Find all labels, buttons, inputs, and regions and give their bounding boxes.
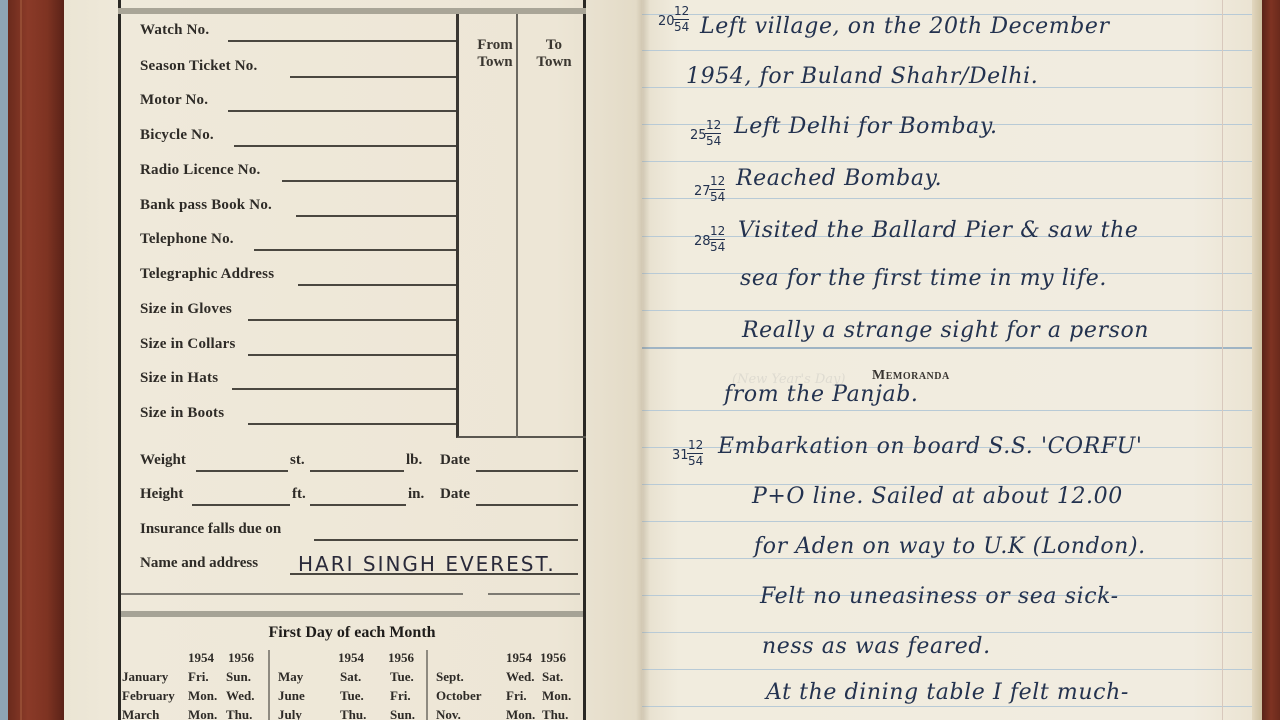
entry-text-line: from the Panjab. — [724, 382, 919, 407]
calendar-separator — [426, 650, 428, 720]
field-insurance: Insurance falls due on — [140, 521, 281, 538]
field-season-ticket-line[interactable] — [290, 76, 456, 78]
entry-text-line: for Aden on way to U.K (London). — [754, 534, 1146, 559]
entry-text-line: Reached Bombay. — [736, 166, 942, 191]
entry-text-line: 1954, for Buland Shahr/Delhi. — [686, 64, 1038, 89]
ruled-line — [642, 632, 1252, 633]
entry-text-line: Left Delhi for Bombay. — [734, 114, 998, 139]
field-motor-no-line[interactable] — [228, 110, 456, 112]
margin-line — [1222, 0, 1223, 720]
field-bank-pass-book-line[interactable] — [296, 215, 456, 217]
field-size-boots: Size in Boots — [140, 405, 224, 422]
entry-date-31-12-54: 31 12 54 — [672, 438, 706, 472]
entry-text-line: sea for the first time in my life. — [740, 266, 1107, 291]
entry-text-line: Left village, on the 20th December — [700, 14, 1110, 39]
height-ft-unit: ft. — [292, 486, 306, 503]
entry-date-20-12-54: 20 12 54 — [658, 4, 692, 38]
field-telegraphic-address: Telegraphic Address — [140, 266, 274, 283]
field-radio-licence-line[interactable] — [282, 180, 456, 182]
calendar-column-1: JanuaryFri.Sun. FebruaryMon.Wed. MarchMo… — [122, 667, 255, 720]
ruled-line — [642, 706, 1252, 707]
height-date-label: Date — [440, 486, 470, 503]
field-size-hats: Size in Hats — [140, 370, 218, 387]
town-column-divider — [516, 14, 518, 438]
book-cover-right — [1262, 0, 1280, 720]
season-ticket-town-table — [456, 14, 586, 438]
calendar-separator — [268, 650, 270, 720]
page-edges — [1252, 0, 1262, 720]
to-town-header: To Town — [528, 37, 580, 71]
field-motor-no: Motor No. — [140, 92, 208, 109]
height-date-line[interactable] — [476, 504, 578, 506]
ruled-line — [642, 50, 1252, 51]
book-gutter — [636, 0, 650, 720]
weight-st-unit: st. — [290, 452, 305, 469]
height-in-unit: in. — [408, 486, 424, 503]
field-bicycle-no-line[interactable] — [234, 145, 456, 147]
weight-date-label: Date — [440, 452, 470, 469]
calendar-col1-years: 19541956 — [188, 648, 254, 667]
entry-text-line: At the dining table I felt much- — [766, 680, 1129, 705]
calendar-top-band — [121, 611, 583, 617]
calendar-column-2: MaySat.Tue. JuneTue.Fri. JulyThu.Sun. — [278, 667, 415, 720]
insurance-line[interactable] — [314, 539, 578, 541]
entry-date-27-12-54: 27 12 54 — [694, 174, 728, 208]
address-continuation-line — [121, 593, 463, 595]
entry-date-25-12-54: 25 12 54 — [690, 118, 724, 152]
entry-text-line: Really a strange sight for a person — [742, 318, 1149, 343]
entry-text-line: Felt no uneasiness or sea sick- — [760, 584, 1119, 609]
field-radio-licence-no: Radio Licence No. — [140, 162, 260, 179]
field-size-hats-line[interactable] — [232, 388, 456, 390]
field-height: Height — [140, 486, 183, 503]
ruled-line — [642, 347, 1252, 349]
ruled-line — [642, 669, 1252, 670]
field-bank-pass-book-no: Bank pass Book No. — [140, 197, 272, 214]
field-name-address: Name and address — [140, 555, 258, 572]
weight-lb-line[interactable] — [310, 470, 404, 472]
field-size-gloves-line[interactable] — [248, 319, 456, 321]
entry-text-line: P+O line. Sailed at about 12.00 — [752, 484, 1123, 509]
field-season-ticket-no: Season Ticket No. — [140, 58, 257, 75]
book-cover-left — [8, 0, 64, 720]
field-telephone-line[interactable] — [254, 249, 456, 251]
weight-st-line[interactable] — [196, 470, 288, 472]
height-ft-line[interactable] — [192, 504, 290, 506]
ruled-line — [642, 521, 1252, 522]
field-watch-no-line[interactable] — [228, 40, 456, 42]
ruled-line — [642, 198, 1252, 199]
ruled-line — [642, 410, 1252, 411]
address-continuation-line-2 — [488, 593, 580, 595]
ruled-line — [642, 310, 1252, 311]
height-in-line[interactable] — [310, 504, 406, 506]
from-town-header: From Town — [470, 37, 520, 71]
field-size-boots-line[interactable] — [248, 423, 456, 425]
ruled-line — [642, 161, 1252, 162]
calendar-col3-years: 19541956 — [506, 648, 566, 667]
entry-text-line: ness as was feared. — [762, 634, 991, 659]
entry-text-line: Embarkation on board S.S. 'CORFU' — [718, 434, 1143, 459]
entry-text-line: Visited the Ballard Pier & saw the — [738, 218, 1139, 243]
field-size-collars-line[interactable] — [248, 354, 456, 356]
weight-date-line[interactable] — [476, 470, 578, 472]
field-bicycle-no: Bicycle No. — [140, 127, 214, 144]
field-telegraphic-address-line[interactable] — [298, 284, 456, 286]
field-telephone-no: Telephone No. — [140, 231, 234, 248]
calendar-title: First Day of each Month — [121, 624, 583, 642]
field-weight: Weight — [140, 452, 186, 469]
field-size-collars: Size in Collars — [140, 336, 236, 353]
calendar-column-3: Sept.Wed.Sat. OctoberFri.Mon. Nov.Mon.Th… — [436, 667, 571, 720]
field-watch-no: Watch No. — [140, 22, 209, 39]
entry-date-28-12-54: 28 12 54 — [694, 224, 728, 258]
calendar-col2-years: 19541956 — [338, 648, 414, 667]
right-page: (New Year's Day) — [642, 0, 1252, 720]
field-size-gloves: Size in Gloves — [140, 301, 232, 318]
weight-lb-unit: lb. — [406, 452, 422, 469]
name-address-value: HARI SINGH EVEREST. — [298, 552, 556, 576]
